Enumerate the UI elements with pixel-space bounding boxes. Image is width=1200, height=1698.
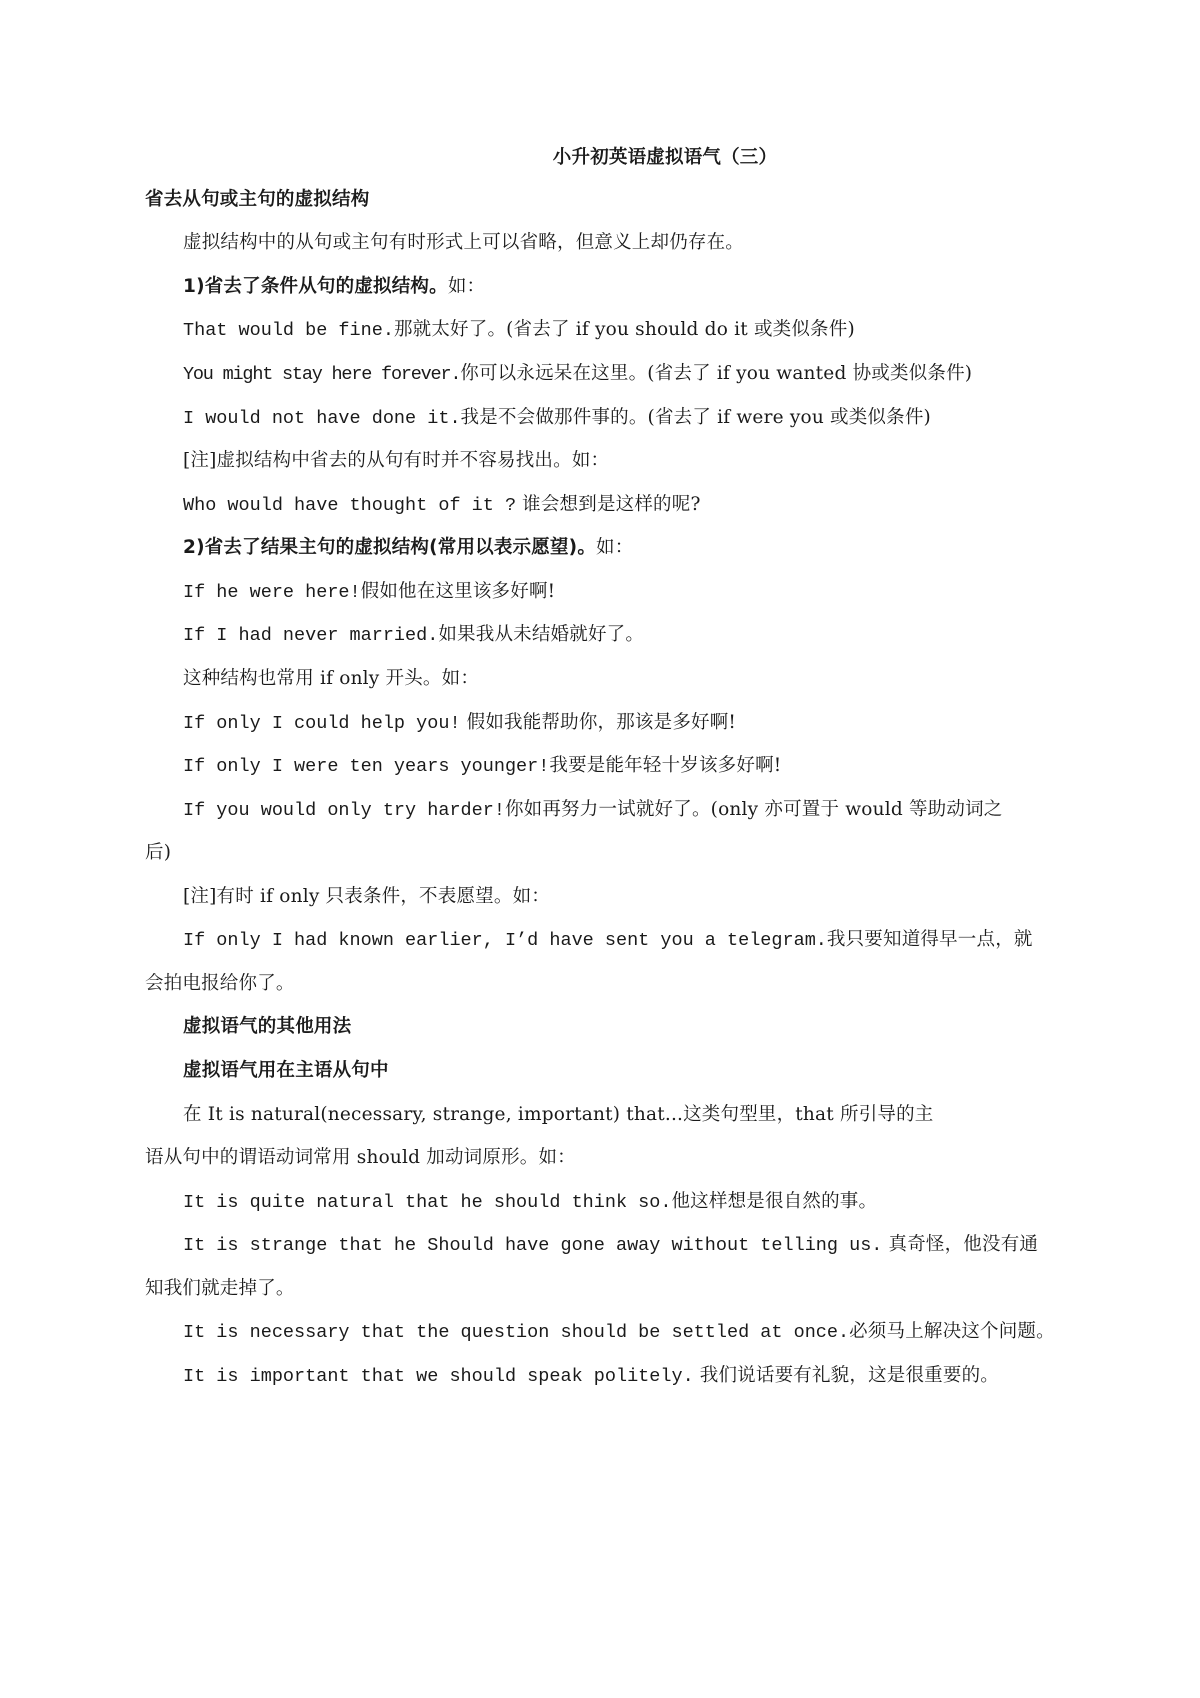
example-cn: 真奇怪，他没有通	[882, 1234, 1038, 1255]
example-cn: 你如再努力一试就好了。(only 亦可置于 would 等助动词之	[505, 799, 1003, 820]
example-cn: 我只要知道得早一点，就	[827, 929, 1033, 950]
example-continuation: 会拍电报给你了。	[145, 972, 1055, 996]
subheading-2: 2)省去了结果主句的虚拟结构(常用以表示愿望)。如：	[183, 536, 1055, 560]
example-line: You might stay here forever.你可以永远呆在这里。(省…	[183, 362, 1055, 387]
example-cn: 谁会想到是这样的呢?	[516, 494, 701, 515]
subheading-subject-clause: 虚拟语气用在主语从句中	[183, 1059, 1055, 1083]
section-heading-other-uses: 虚拟语气的其他用法	[183, 1015, 1055, 1039]
example-continuation: 后)	[145, 841, 1055, 865]
example-line: If only I could help you! 假如我能帮助你，那该是多好啊…	[183, 711, 1055, 736]
example-cn: 他这样想是很自然的事。	[671, 1191, 877, 1212]
example-cn: 假如他在这里该多好啊!	[361, 581, 556, 602]
example-en: If I had never married.	[183, 625, 438, 646]
example-line: If you would only try harder!你如再努力一试就好了。…	[183, 798, 1055, 823]
subheading-1-tail: 如：	[448, 276, 485, 297]
example-en: I would not have done it.	[183, 408, 461, 429]
example-en: It is important that we should speak pol…	[183, 1366, 694, 1387]
example-cn: 如果我从未结婚就好了。	[438, 624, 644, 645]
example-en: If only I could help you!	[183, 713, 461, 734]
example-line: That would be fine.那就太好了。(省去了 if you sho…	[183, 318, 1055, 343]
example-cn: 你可以永远呆在这里。(省去了 if you wanted 协或类似条件)	[460, 363, 972, 384]
subheading-1: 1)省去了条件从句的虚拟结构。如：	[183, 275, 1055, 299]
example-line: If I had never married.如果我从未结婚就好了。	[183, 623, 1055, 648]
example-en: Who would have thought of it ?	[183, 495, 516, 516]
example-cn: 那就太好了。(省去了 if you should do it 或类似条件)	[394, 319, 855, 340]
example-en: If only I were ten years younger!	[183, 756, 549, 777]
example-en: If he were here!	[183, 582, 361, 603]
example-en: If only I had known earlier, I’d have se…	[183, 930, 827, 951]
example-en: If you would only try harder!	[183, 800, 505, 821]
example-line: Who would have thought of it ? 谁会想到是这样的呢…	[183, 493, 1055, 518]
example-cn: 我是不会做那件事的。(省去了 if were you 或类似条件)	[461, 407, 931, 428]
note-line: [注]虚拟结构中省去的从句有时并不容易找出。如：	[183, 449, 1055, 473]
example-line: It is necessary that the question should…	[183, 1320, 1055, 1345]
example-line: It is important that we should speak pol…	[183, 1364, 1055, 1389]
example-cn: 我们说话要有礼貌，这是很重要的。	[694, 1365, 999, 1386]
example-en: It is quite natural that he should think…	[183, 1192, 671, 1213]
if-only-intro: 这种结构也常用 if only 开头。如：	[183, 667, 1055, 691]
subheading-2-tail: 如：	[596, 537, 633, 558]
section-intro: 虚拟结构中的从句或主句有时形式上可以省略，但意义上却仍存在。	[183, 231, 1055, 255]
example-en: It is strange that he Should have gone a…	[183, 1235, 882, 1256]
example-line: If only I had known earlier, I’d have se…	[183, 928, 1055, 953]
document-page: 小升初英语虚拟语气（三） 省去从句或主句的虚拟结构 虚拟结构中的从句或主句有时形…	[0, 0, 1200, 1698]
example-line: It is quite natural that he should think…	[183, 1190, 1055, 1215]
example-cn: 必须马上解决这个问题。	[849, 1321, 1055, 1342]
example-en: You might stay here forever.	[183, 364, 460, 385]
example-line: It is strange that he Should have gone a…	[183, 1233, 1055, 1258]
section2-intro-line2: 语从句中的谓语动词常用 should 加动词原形。如：	[145, 1146, 1055, 1170]
subheading-1-bold: 1)省去了条件从句的虚拟结构。	[183, 276, 448, 297]
document-title: 小升初英语虚拟语气（三）	[0, 146, 1200, 170]
example-line: If he were here!假如他在这里该多好啊!	[183, 580, 1055, 605]
example-continuation: 知我们就走掉了。	[145, 1277, 1055, 1301]
section-heading-omitted-clause: 省去从句或主句的虚拟结构	[145, 188, 1055, 212]
subheading-2-bold: 2)省去了结果主句的虚拟结构(常用以表示愿望)。	[183, 537, 596, 558]
note-line: [注]有时 if only 只表条件，不表愿望。如：	[183, 885, 1055, 909]
example-cn: 我要是能年轻十岁该多好啊!	[549, 755, 781, 776]
example-en: That would be fine.	[183, 320, 394, 341]
section2-intro-line1: 在 It is natural(necessary, strange, impo…	[183, 1103, 1055, 1127]
example-line: If only I were ten years younger!我要是能年轻十…	[183, 754, 1055, 779]
example-cn: 假如我能帮助你，那该是多好啊!	[461, 712, 737, 733]
example-en: It is necessary that the question should…	[183, 1322, 849, 1343]
example-line: I would not have done it.我是不会做那件事的。(省去了 …	[183, 406, 1055, 431]
